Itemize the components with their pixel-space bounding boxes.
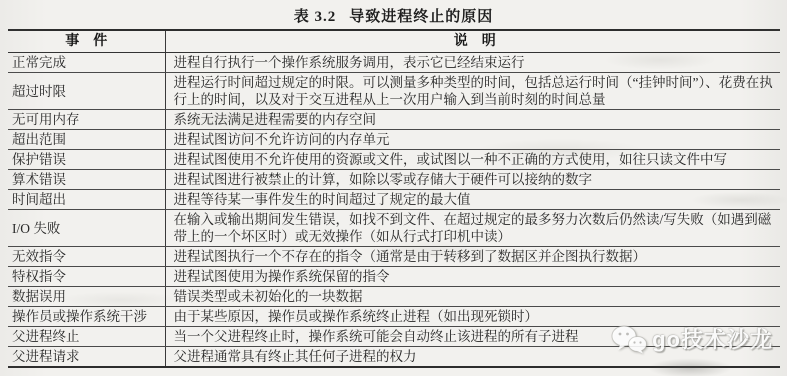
event-cell: 时间超出 bbox=[8, 190, 165, 210]
description-cell: 在输入或输出期间发生错误，如找不到文件、在超过规定的最多努力次数后仍然读/写失败… bbox=[165, 210, 780, 247]
process-termination-table: 事 件 说 明 正常完成 进程自行执行一个操作系统服务调用，表示它已经结束运行 … bbox=[8, 29, 780, 368]
description-cell: 进程试图访问不允许访问的内存单元 bbox=[165, 130, 780, 150]
table-row: 无可用内存 系统无法满足进程需要的内存空间 bbox=[8, 110, 780, 130]
description-cell: 进程自行执行一个操作系统服务调用，表示它已经结束运行 bbox=[165, 53, 780, 73]
event-cell: 超过时限 bbox=[8, 73, 165, 110]
scanned-page: { "title": { "label": "表 3.2", "text": "… bbox=[0, 0, 787, 376]
watermark: go技术沙龙 bbox=[611, 323, 773, 354]
event-cell: 数据误用 bbox=[8, 287, 165, 307]
table-row: 数据误用 错误类型或未初始化的一块数据 bbox=[8, 287, 780, 307]
event-cell: 正常完成 bbox=[8, 53, 165, 73]
table-row: 时间超出 进程等待某一事件发生的时间超过了规定的最大值 bbox=[8, 190, 780, 210]
table-row: 保护错误 进程试图使用不允许使用的资源或文件，或试图以一种不正确的方式使用，如往… bbox=[8, 150, 780, 170]
event-cell: 保护错误 bbox=[8, 150, 165, 170]
table-row: 无效指令 进程试图执行一个不存在的指令（通常是由于转移到了数据区并企图执行数据） bbox=[8, 247, 780, 267]
table-row: 算术错误 进程试图进行被禁止的计算，如除以零或存储大于硬件可以接纳的数字 bbox=[8, 170, 780, 190]
table-row: 正常完成 进程自行执行一个操作系统服务调用，表示它已经结束运行 bbox=[8, 53, 780, 73]
event-cell: 特权指令 bbox=[8, 267, 165, 287]
description-cell: 进程等待某一事件发生的时间超过了规定的最大值 bbox=[165, 190, 780, 210]
column-header-description: 说 明 bbox=[165, 30, 780, 53]
description-cell: 进程试图使用不允许使用的资源或文件，或试图以一种不正确的方式使用，如往只读文件中… bbox=[165, 150, 780, 170]
event-cell: 算术错误 bbox=[8, 170, 165, 190]
description-cell: 错误类型或未初始化的一块数据 bbox=[165, 287, 780, 307]
event-cell: I/O 失败 bbox=[8, 210, 165, 247]
description-cell: 进程试图进行被禁止的计算，如除以零或存储大于硬件可以接纳的数字 bbox=[165, 170, 780, 190]
watermark-text: go技术沙龙 bbox=[652, 323, 773, 354]
page-title: 表 3.2导致进程终止的原因 bbox=[0, 5, 787, 26]
table-number-label: 表 3.2 bbox=[294, 9, 337, 25]
table-row: 特权指令 进程试图使用为操作系统保留的指令 bbox=[8, 267, 780, 287]
wechat-logo-icon bbox=[611, 324, 647, 354]
table-title-text: 导致进程终止的原因 bbox=[349, 9, 493, 25]
event-cell: 父进程请求 bbox=[8, 347, 165, 368]
table-row: 超出范围 进程试图访问不允许访问的内存单元 bbox=[8, 130, 780, 150]
event-cell: 操作员或操作系统干涉 bbox=[8, 307, 165, 327]
description-cell: 进程运行时间超过规定的时限。可以测量多种类型的时间，包括总运行时间（“挂钟时间”… bbox=[165, 73, 780, 110]
description-cell: 系统无法满足进程需要的内存空间 bbox=[165, 110, 780, 130]
description-cell: 进程试图使用为操作系统保留的指令 bbox=[165, 267, 780, 287]
description-cell: 进程试图执行一个不存在的指令（通常是由于转移到了数据区并企图执行数据） bbox=[165, 247, 780, 267]
event-cell: 父进程终止 bbox=[8, 327, 165, 347]
table-header-row: 事 件 说 明 bbox=[8, 30, 780, 53]
event-cell: 超出范围 bbox=[8, 130, 165, 150]
table-row: I/O 失败 在输入或输出期间发生错误，如找不到文件、在超过规定的最多努力次数后… bbox=[8, 210, 780, 247]
table-row: 超过时限 进程运行时间超过规定的时限。可以测量多种类型的时间，包括总运行时间（“… bbox=[8, 73, 780, 110]
event-cell: 无可用内存 bbox=[8, 110, 165, 130]
event-cell: 无效指令 bbox=[8, 247, 165, 267]
column-header-event: 事 件 bbox=[8, 30, 165, 53]
